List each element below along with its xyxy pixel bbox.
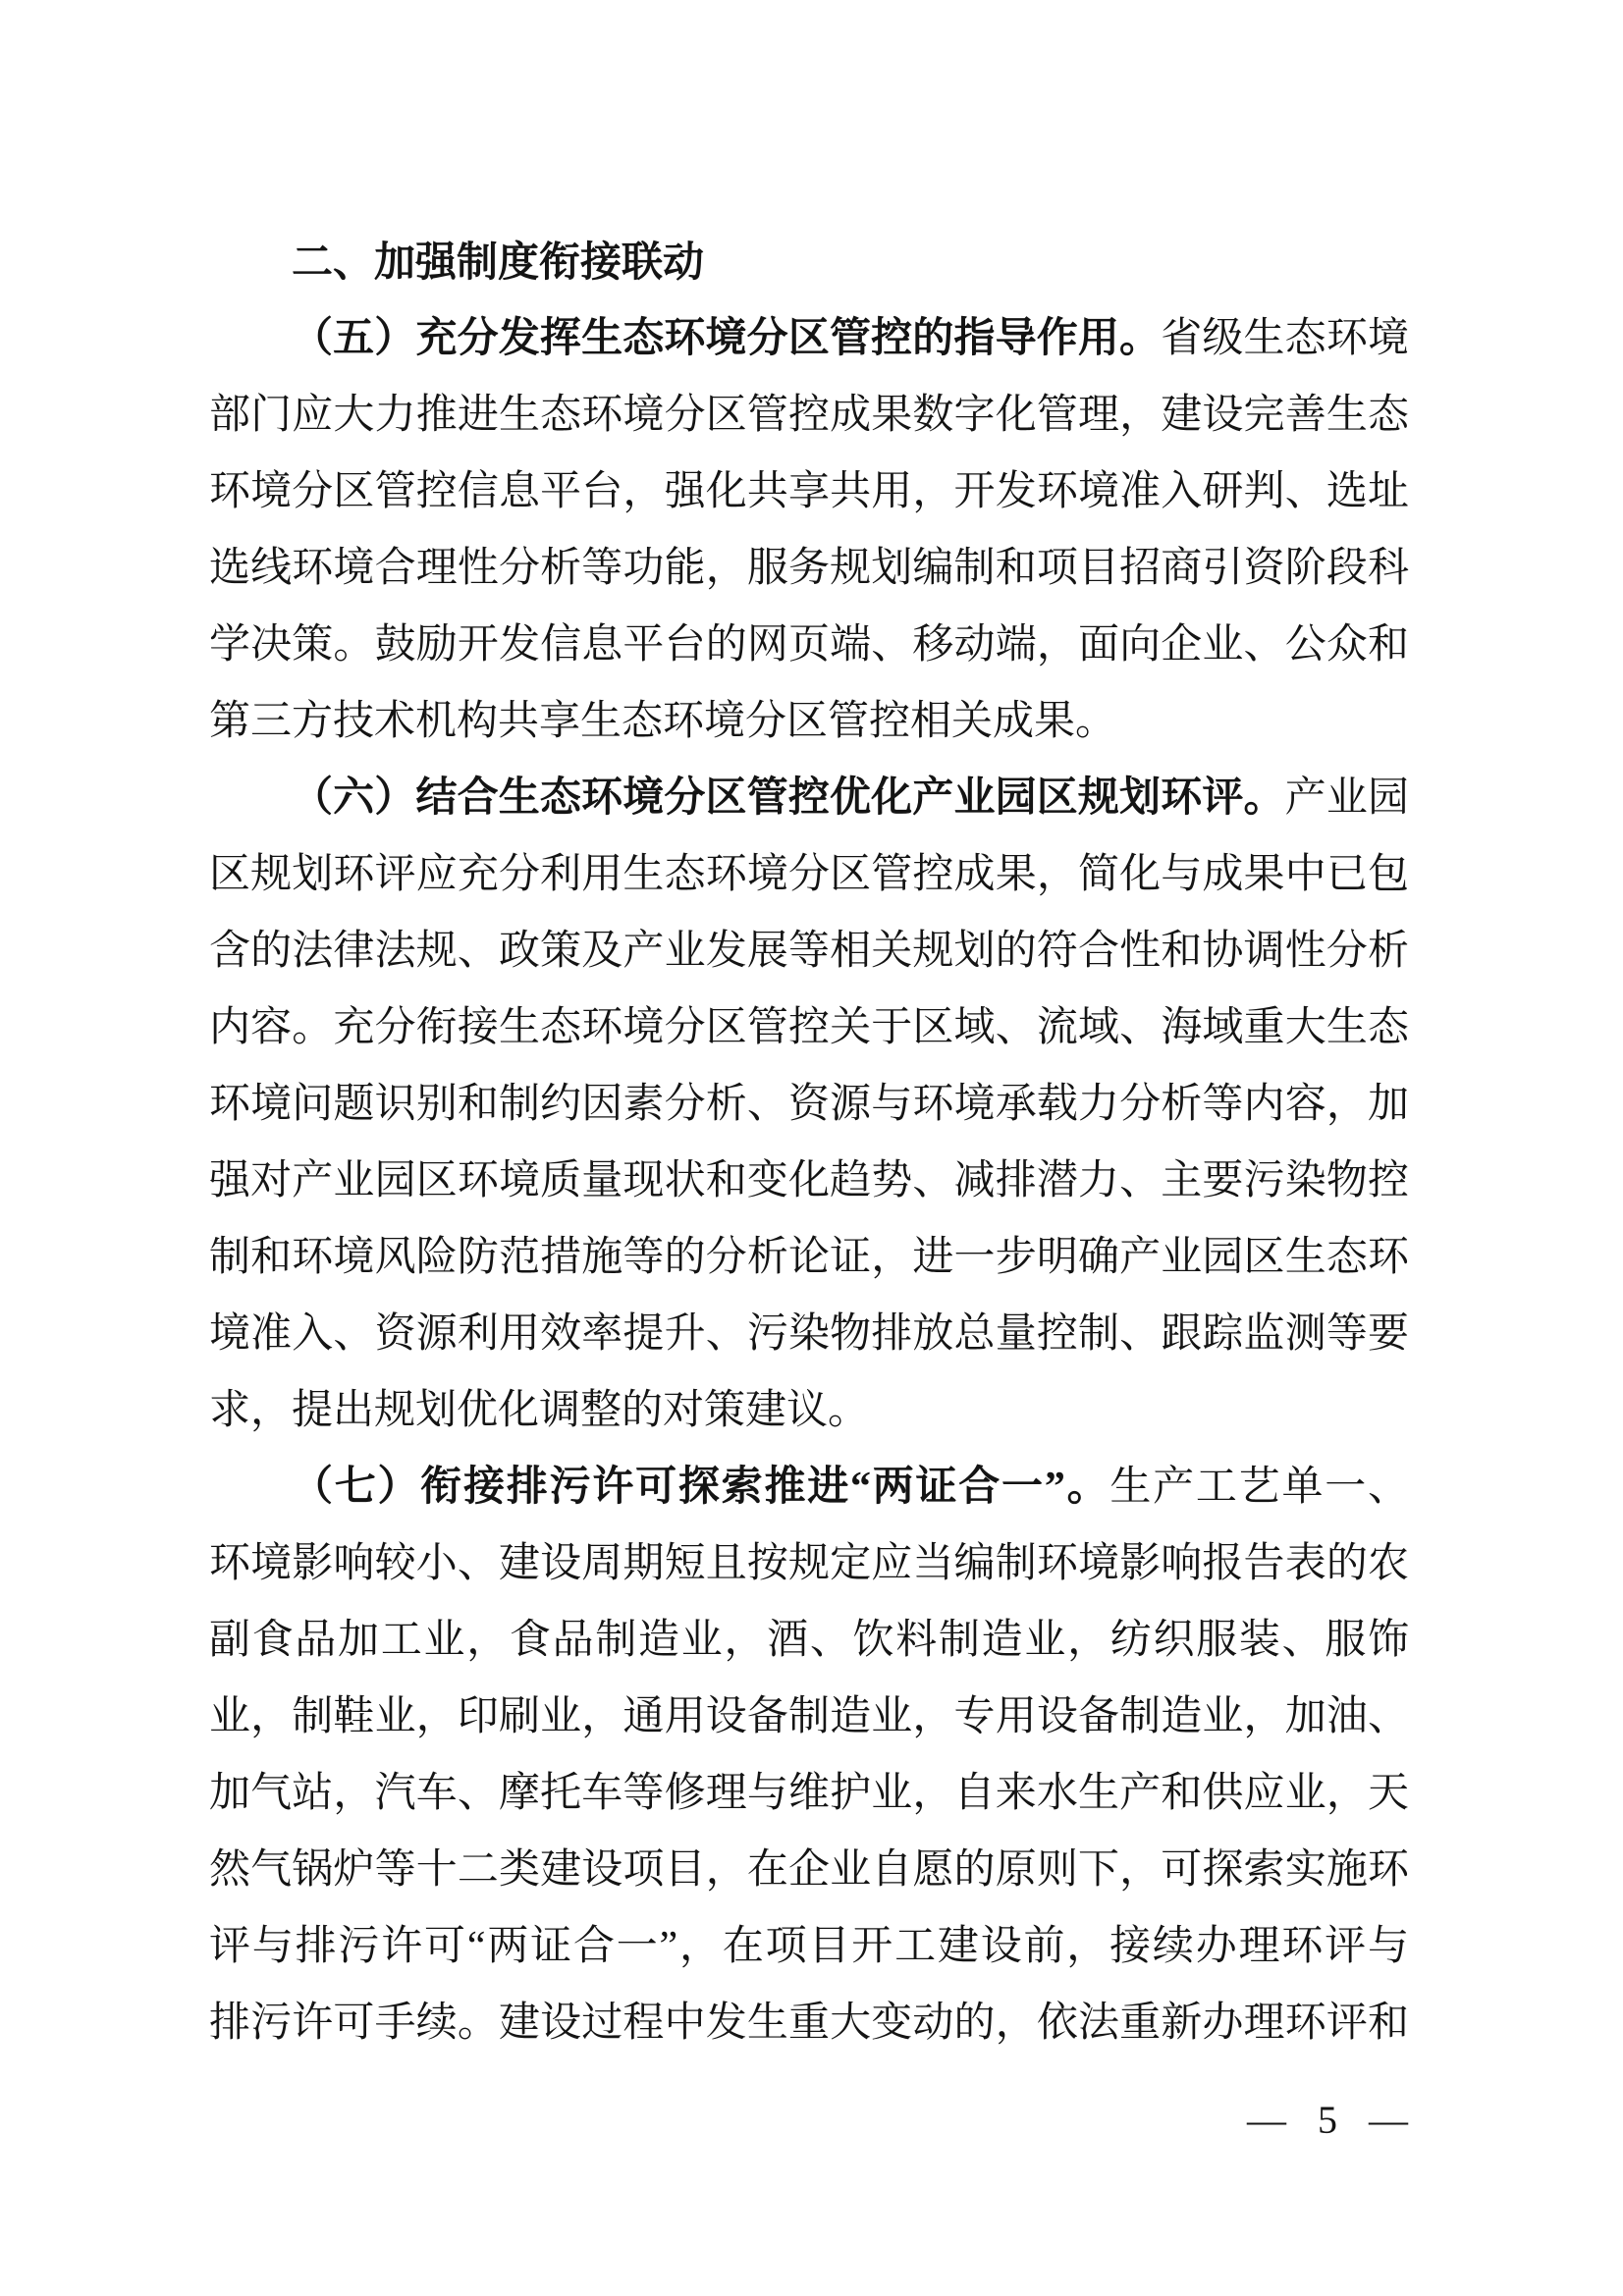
- text-line: 含的法律法规、政策及产业发展等相关规划的符合性和协调性分析: [209, 913, 1409, 989]
- paragraph-7-lead-line: （七）衔接排污许可探索推进“两证合一”。生产工艺单一、: [209, 1449, 1409, 1525]
- text-line: 部门应大力推进生态环境分区管控成果数字化管理，建设完善生态: [209, 377, 1409, 454]
- text-line: 学决策。鼓励开发信息平台的网页端、移动端，面向企业、公众和: [209, 607, 1409, 683]
- paragraph-6-lead-rest: 产业园: [1285, 775, 1409, 821]
- text-line: 加气站，汽车、摩托车等修理与维护业，自来水生产和供应业，天: [209, 1755, 1409, 1832]
- page-number: — 5 —: [1247, 2097, 1414, 2144]
- paragraph-6-lead-line: （六）结合生态环境分区管控优化产业园区规划环评。产业园: [209, 760, 1409, 836]
- text-line: 环境问题识别和制约因素分析、资源与环境承载力分析等内容，加: [209, 1066, 1409, 1143]
- paragraph-7-lead-rest: 生产工艺单一、: [1109, 1465, 1409, 1510]
- text-line: 制和环境风险防范措施等的分析论证，进一步明确产业园区生态环: [209, 1219, 1409, 1296]
- text-line: 评与排污许可“两证合一”，在项目开工建设前，接续办理环评与: [209, 1908, 1409, 1985]
- paragraph-5-lead-rest: 省级生态环境: [1161, 316, 1409, 361]
- text-line: 副食品加工业，食品制造业，酒、饮料制造业，纺织服装、服饰: [209, 1602, 1409, 1679]
- text-line: 环境分区管控信息平台，强化共享共用，开发环境准入研判、选址: [209, 454, 1409, 530]
- text-line: 强对产业园区环境质量现状和变化趋势、减排潜力、主要污染物控: [209, 1143, 1409, 1219]
- text-line: 选线环境合理性分析等功能，服务规划编制和项目招商引资阶段科: [209, 530, 1409, 607]
- text-line: 业，制鞋业，印刷业，通用设备制造业，专用设备制造业，加油、: [209, 1679, 1409, 1755]
- section-heading: 二、加强制度衔接联动: [209, 224, 1409, 300]
- document-page: 二、加强制度衔接联动 （五）充分发挥生态环境分区管控的指导作用。省级生态环境 部…: [0, 0, 1623, 2296]
- text-line: 排污许可手续。建设过程中发生重大变动的，依法重新办理环评和: [209, 1985, 1409, 2061]
- text-line: 境准入、资源利用效率提升、污染物排放总量控制、跟踪监测等要: [209, 1296, 1409, 1372]
- paragraph-6-lead: （六）结合生态环境分区管控优化产业园区规划环评。: [292, 775, 1285, 821]
- paragraph-7-lead: （七）衔接排污许可探索推进“两证合一”。: [292, 1465, 1109, 1510]
- text-line: 内容。充分衔接生态环境分区管控关于区域、流域、海域重大生态: [209, 989, 1409, 1066]
- paragraph-5-lead: （五）充分发挥生态环境分区管控的指导作用。: [292, 316, 1161, 361]
- text-line: 求，提出规划优化调整的对策建议。: [209, 1372, 1409, 1449]
- text-line: 然气锅炉等十二类建设项目，在企业自愿的原则下，可探索实施环: [209, 1832, 1409, 1908]
- text-line: 环境影响较小、建设周期短且按规定应当编制环境影响报告表的农: [209, 1525, 1409, 1602]
- text-line: 第三方技术机构共享生态环境分区管控相关成果。: [209, 683, 1409, 760]
- body-text: 二、加强制度衔接联动 （五）充分发挥生态环境分区管控的指导作用。省级生态环境 部…: [209, 224, 1409, 2061]
- paragraph-5-lead-line: （五）充分发挥生态环境分区管控的指导作用。省级生态环境: [209, 300, 1409, 377]
- text-line: 区规划环评应充分利用生态环境分区管控成果，简化与成果中已包: [209, 836, 1409, 913]
